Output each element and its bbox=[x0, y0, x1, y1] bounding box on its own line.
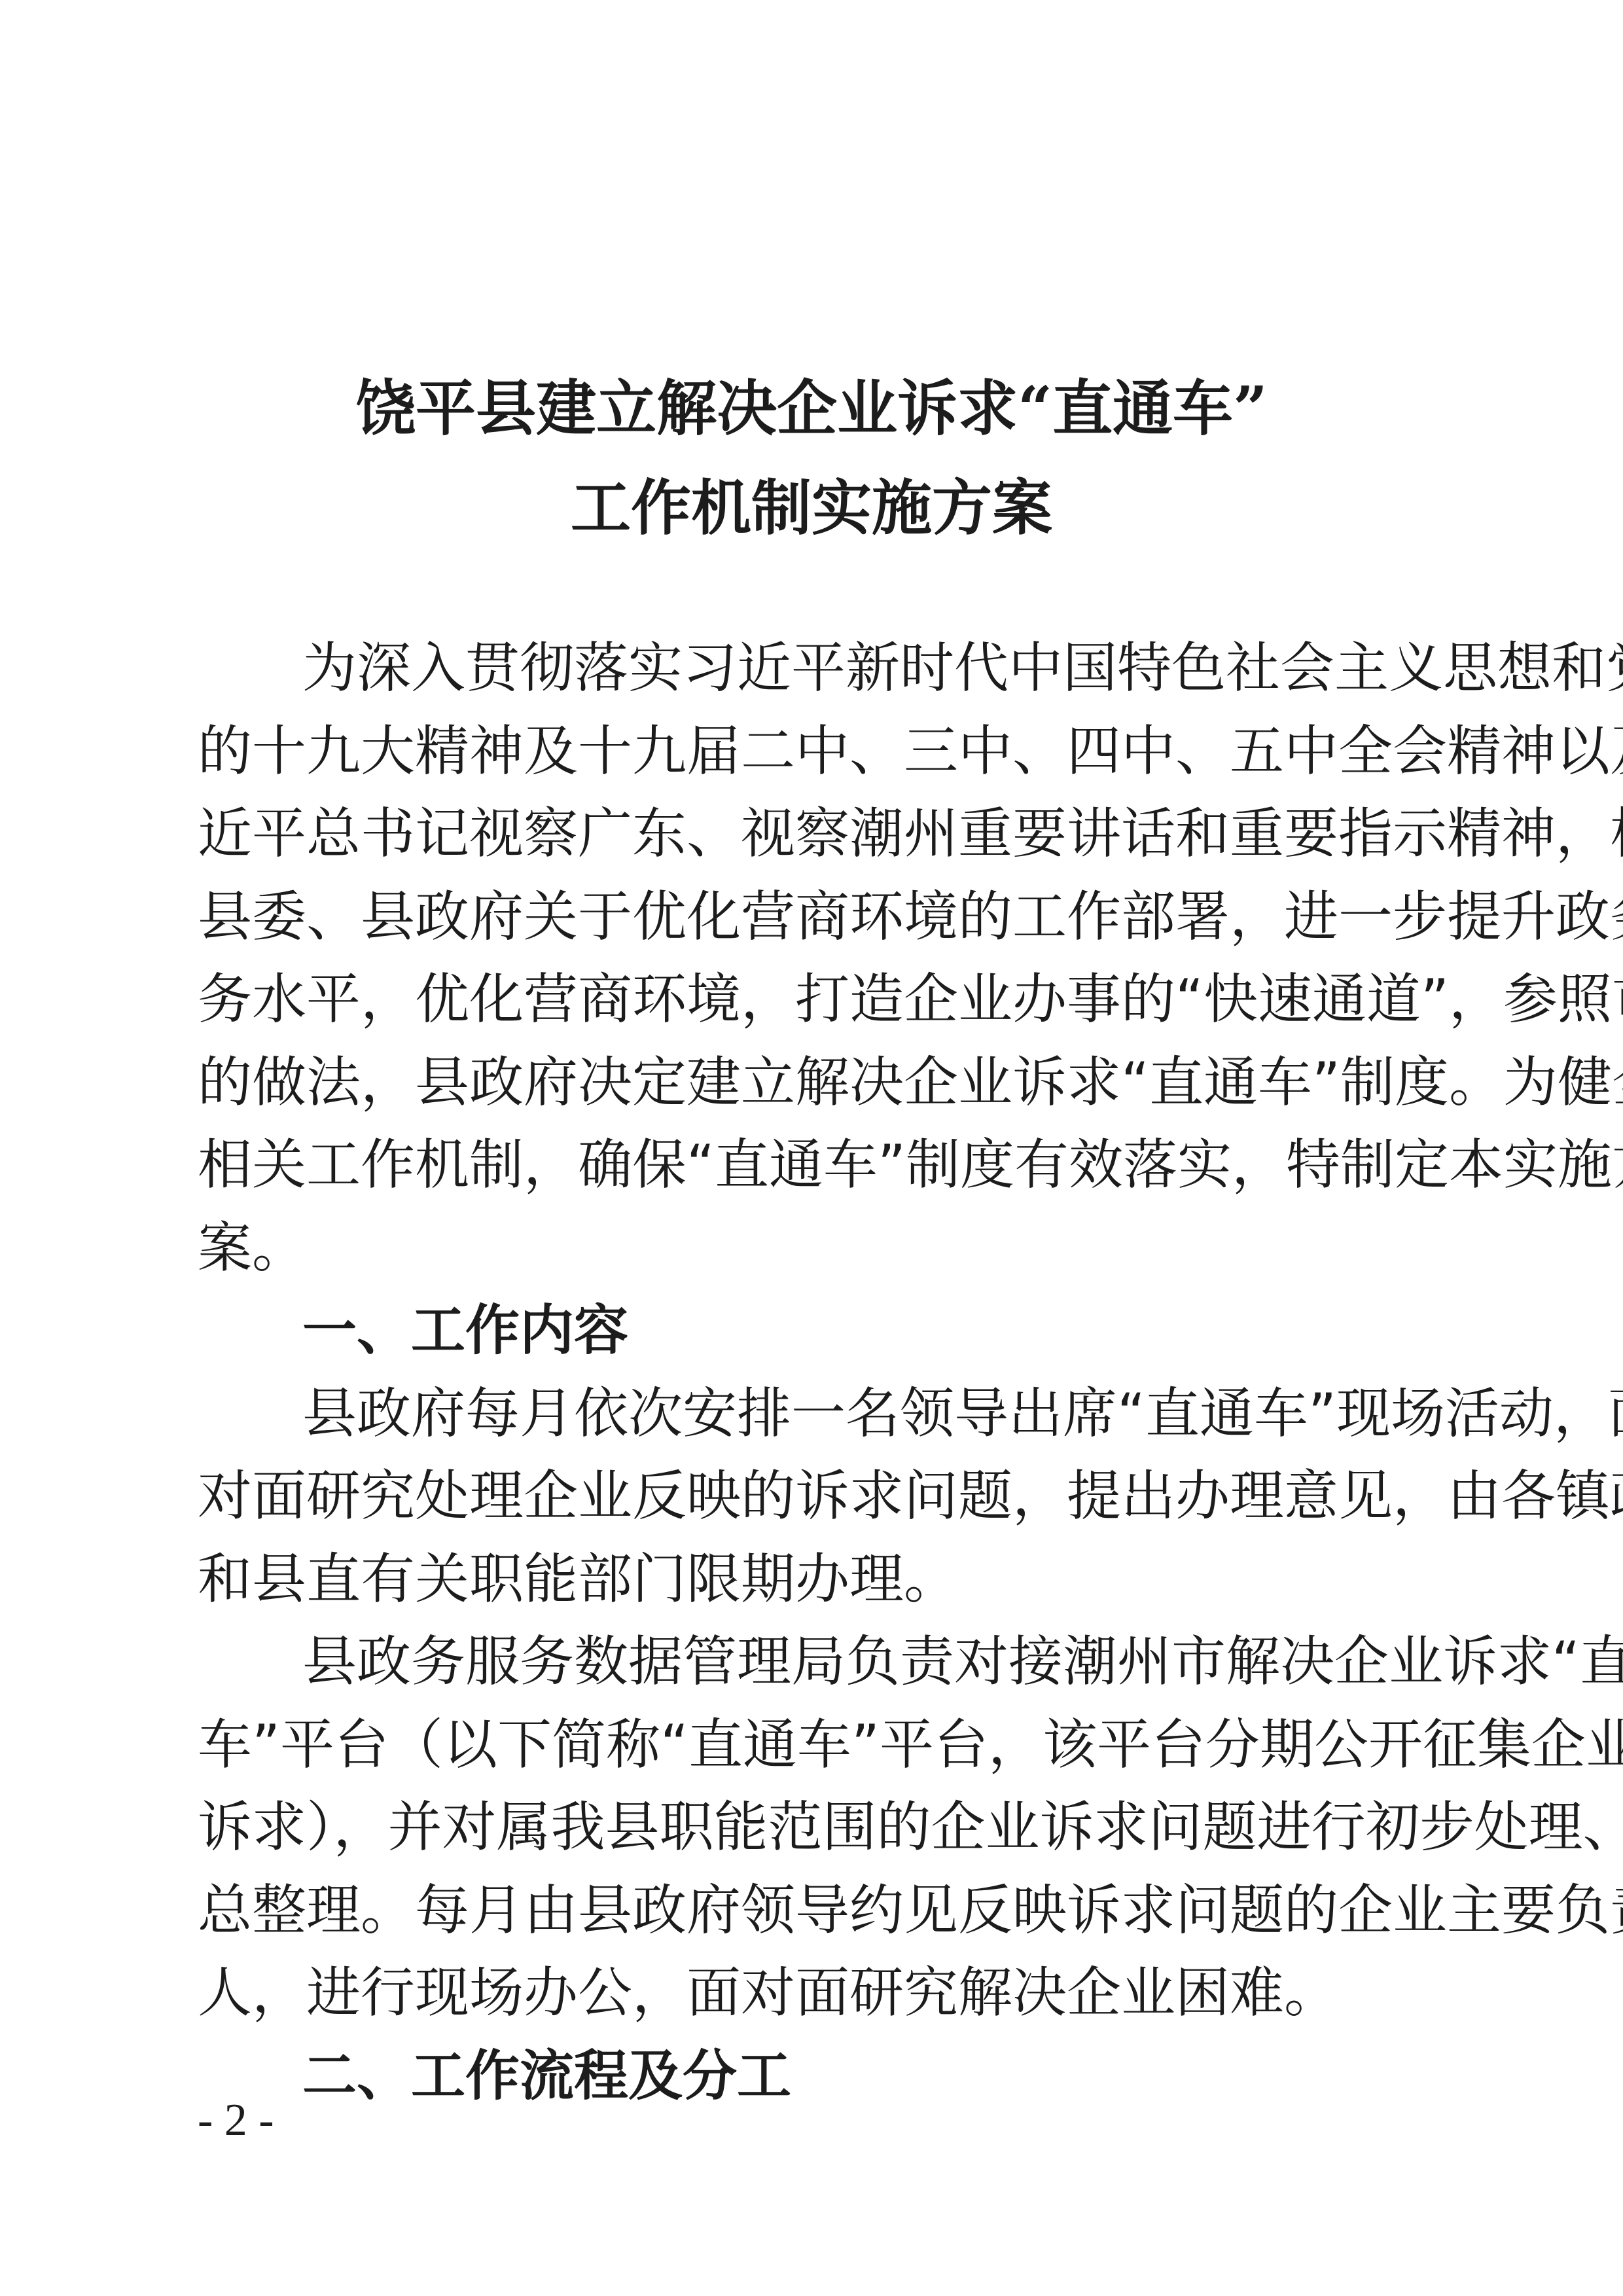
section-heading-workflow: 二、工作流程及分工 bbox=[198, 2035, 1428, 2118]
text-line: 县委、县政府关于优化营商环境的工作部署，进一步提升政务服 bbox=[198, 876, 1428, 959]
text-line: 对面研究处理企业反映的诉求问题，提出办理意见，由各镇政府 bbox=[198, 1455, 1428, 1538]
document-page: 饶平县建立解决企业诉求“直通车” 工作机制实施方案 为深入贯彻落实习近平新时代中… bbox=[0, 0, 1623, 2296]
text-line: 县政务服务数据管理局负责对接潮州市解决企业诉求“直通 bbox=[198, 1621, 1428, 1704]
section1-paragraph-1: 县政府每月依次安排一名领导出席“直通车”现场活动，面 对面研究处理企业反映的诉求… bbox=[198, 1372, 1428, 1621]
text-line: 和县直有关职能部门限期办理。 bbox=[198, 1538, 1428, 1621]
text-line: 相关工作机制，确保“直通车”制度有效落实，特制定本实施方 bbox=[198, 1124, 1428, 1207]
text-line: 县政府每月依次安排一名领导出席“直通车”现场活动，面 bbox=[198, 1372, 1428, 1456]
text-line: 近平总书记视察广东、视察潮州重要讲话和重要指示精神，根据 bbox=[198, 793, 1428, 876]
text-line: 诉求），并对属我县职能范围的企业诉求问题进行初步处理、汇 bbox=[198, 1786, 1428, 1869]
text-line: 车”平台（以下简称“直通车”平台，该平台分期公开征集企业 bbox=[198, 1704, 1428, 1787]
document-body: 为深入贯彻落实习近平新时代中国特色社会主义思想和党 的十九大精神及十九届二中、三… bbox=[198, 627, 1428, 2117]
title-line-1: 饶平县建立解决企业诉求“直通车” bbox=[196, 359, 1427, 458]
intro-paragraph: 为深入贯彻落实习近平新时代中国特色社会主义思想和党 的十九大精神及十九届二中、三… bbox=[198, 627, 1428, 1289]
title-line-2: 工作机制实施方案 bbox=[196, 458, 1427, 558]
page-number: - 2 - bbox=[198, 2088, 274, 2153]
text-line: 为深入贯彻落实习近平新时代中国特色社会主义思想和党 bbox=[198, 627, 1428, 710]
text-line: 务水平，优化营商环境，打造企业办事的“快速通道”，参照市 bbox=[198, 958, 1428, 1041]
text-line: 案。 bbox=[198, 1207, 1428, 1290]
document-title: 饶平县建立解决企业诉求“直通车” 工作机制实施方案 bbox=[196, 359, 1427, 558]
section-heading-work-content: 一、工作内容 bbox=[198, 1289, 1428, 1372]
text-line: 人，进行现场办公，面对面研究解决企业困难。 bbox=[198, 1952, 1428, 2035]
text-line: 的做法，县政府决定建立解决企业诉求“直通车”制度。为健全 bbox=[198, 1041, 1428, 1124]
text-line: 总整理。每月由县政府领导约见反映诉求问题的企业主要负责 bbox=[198, 1869, 1428, 1952]
text-line: 的十九大精神及十九届二中、三中、四中、五中全会精神以及习 bbox=[198, 710, 1428, 793]
section1-paragraph-2: 县政务服务数据管理局负责对接潮州市解决企业诉求“直通 车”平台（以下简称“直通车… bbox=[198, 1621, 1428, 2035]
